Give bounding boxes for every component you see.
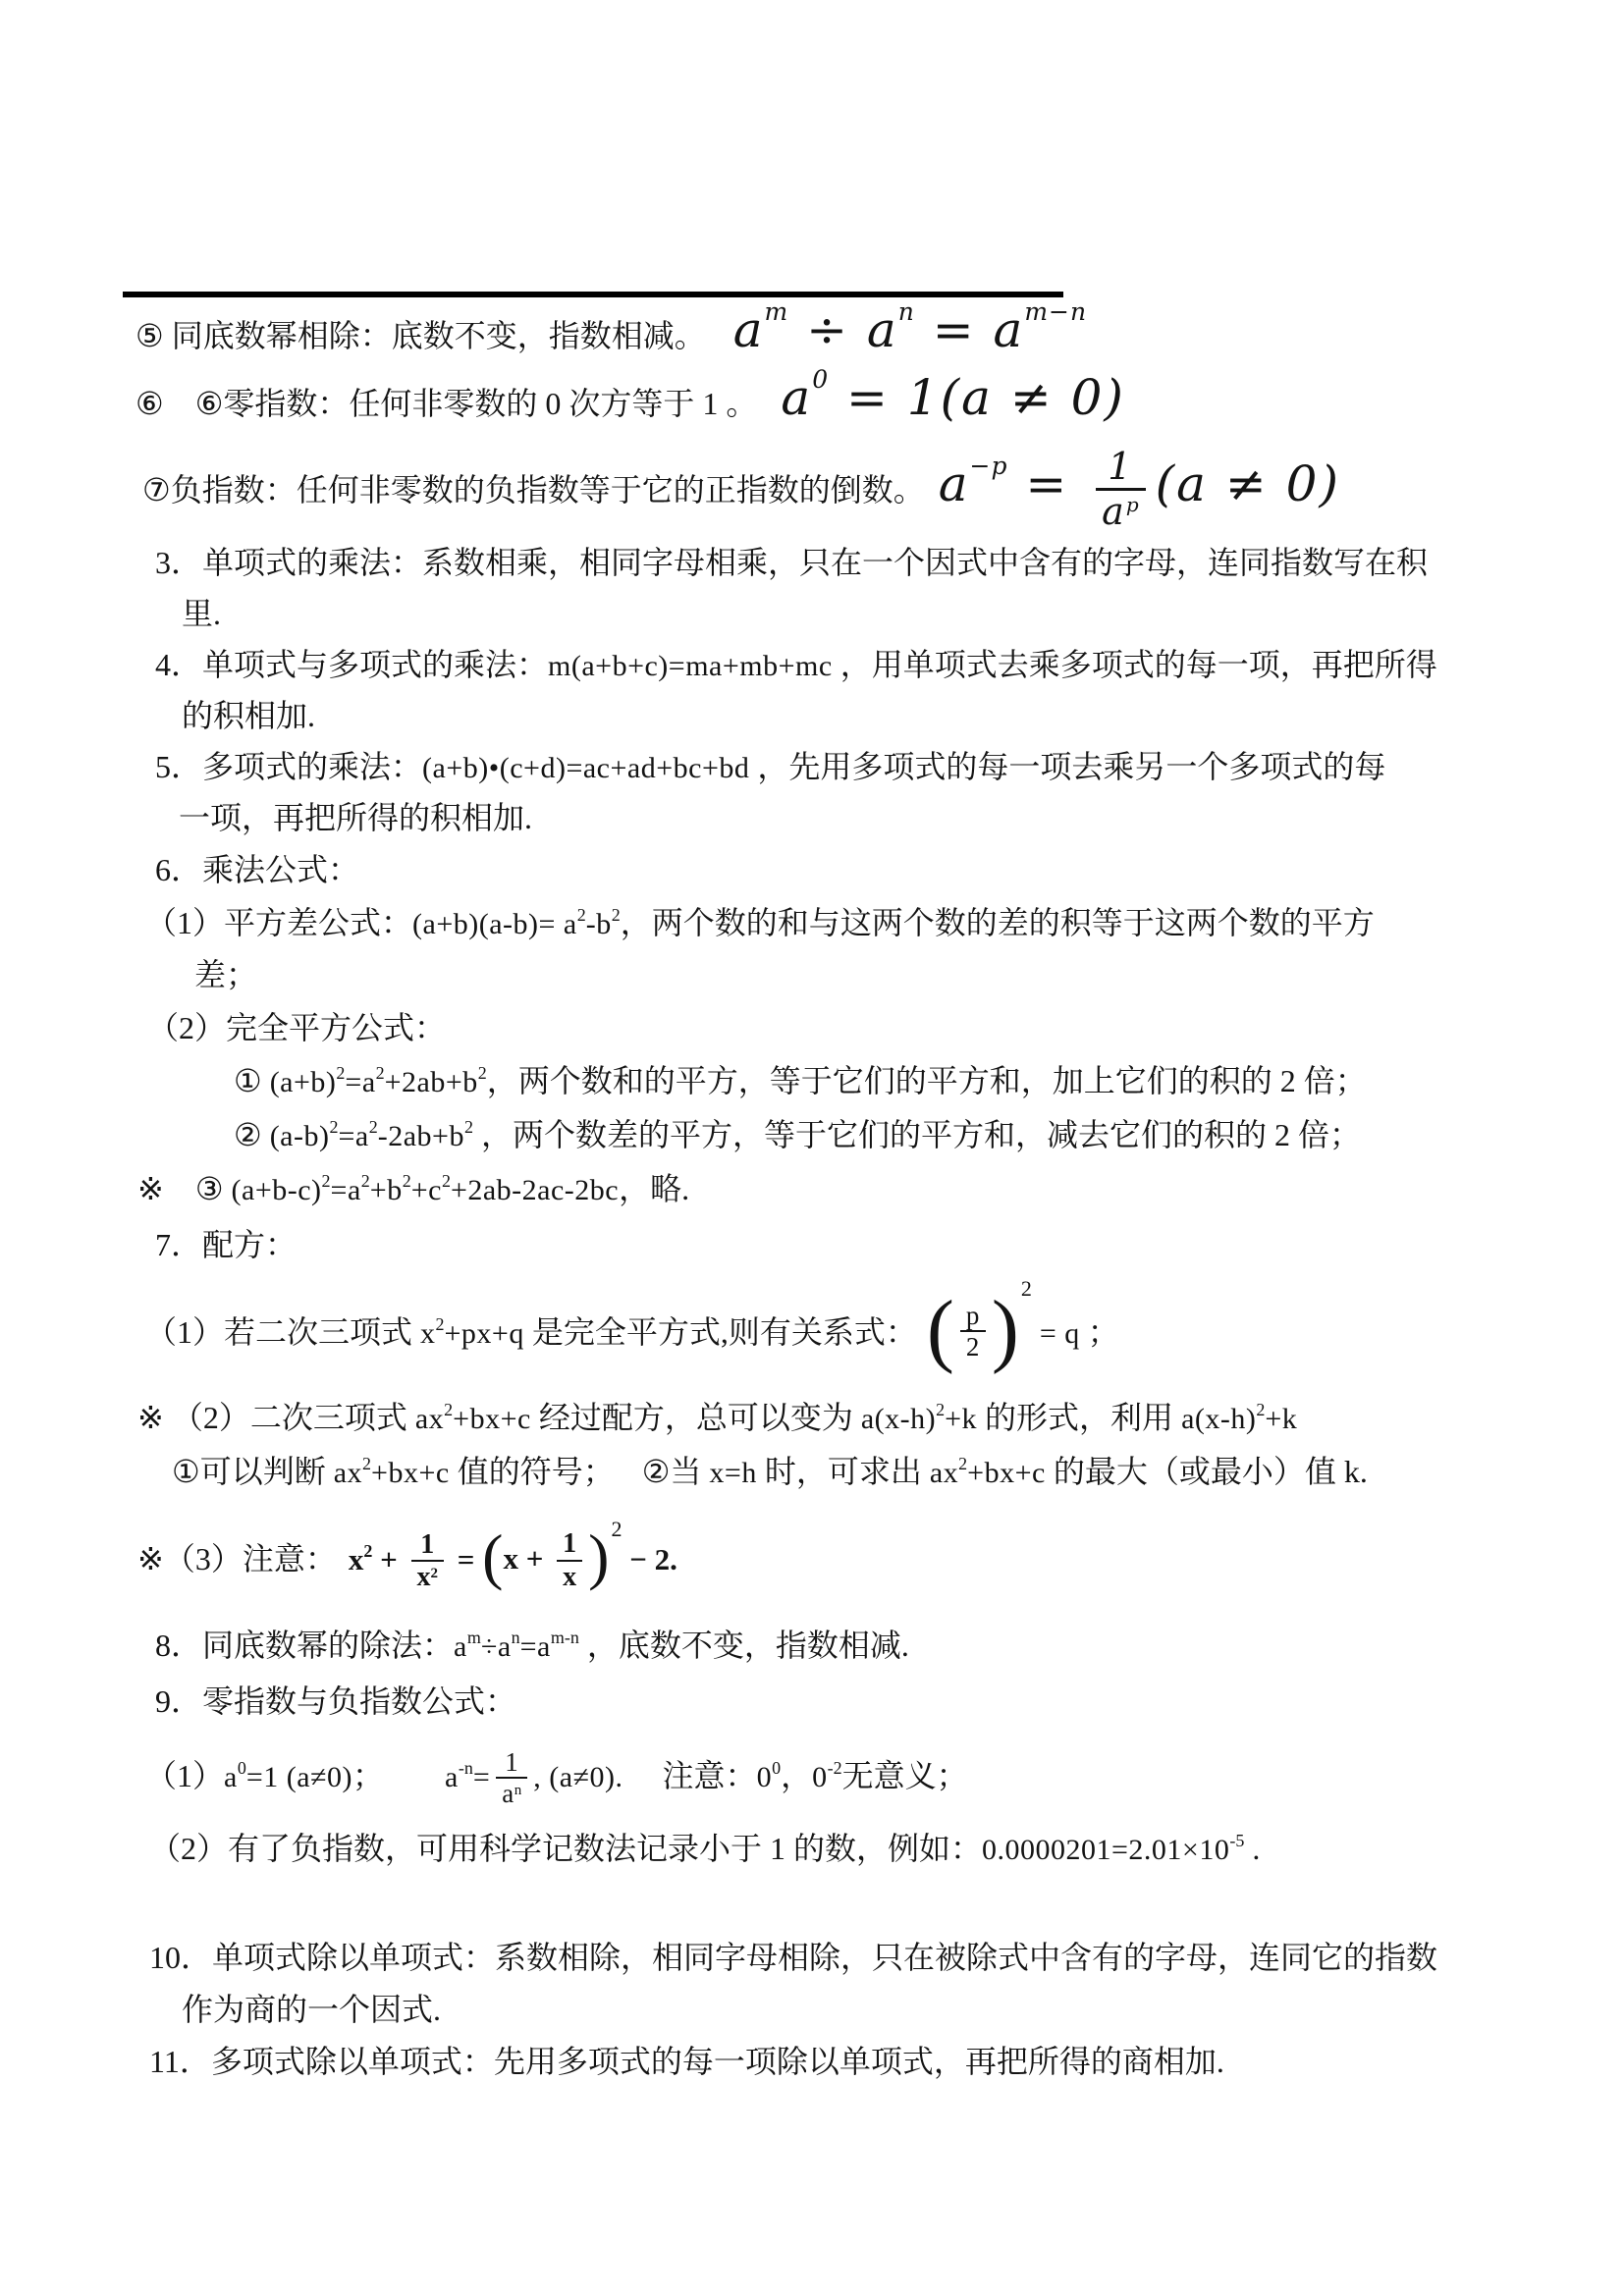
item-6-sub1-line1: （1）平方差公式：(a+b)(a-b)= a2-b2，两个数的和与这两个数的差的… [145,897,1375,948]
formula-run: =a [338,1120,368,1152]
superscript: 2 [363,1541,372,1561]
formula-run: 0 [812,1761,828,1793]
superscript: n [514,1783,522,1798]
superscript: 2 [444,1400,453,1419]
formula-run: a(x-h) [861,1403,936,1435]
text-run: ，略. [619,1171,689,1206]
text-run: 值的符号； [450,1454,615,1489]
item-6-sub1-line2: 差； [194,948,257,1002]
equation-superscript: p [1126,493,1140,516]
text-run: ，用单项式去乘多项式的每一项，再把所得 [833,647,1437,682]
open-paren: ( [482,1522,503,1591]
fraction-denominator: an [496,1779,527,1808]
superscript: 2 [464,1117,473,1137]
item-8: 8．同底数幂的除法：am÷an=am-n ，底数不变，指数相减. [155,1619,909,1673]
text-run: ， [781,1758,812,1793]
formula-bold-run: = [450,1542,482,1576]
formula-run: +k [1265,1403,1297,1435]
open-paren: ( [927,1284,954,1375]
item-10-line1: 10．单项式除以单项式：系数相除，相同字母相除，只在被除式中含有的字母，连同它的… [149,1932,1437,1984]
fraction: p2 [960,1301,986,1362]
formula-run: 1 [505,1747,518,1777]
equation-superscript: −p [970,452,1008,480]
parenthesized-group: (p2)2 [927,1276,1032,1394]
text-run: ，底数不变，指数相减. [579,1628,909,1663]
fraction: 1ap [1096,446,1145,532]
text-run: 注意： [663,1758,757,1793]
text-run: 时，可求出 [757,1454,930,1489]
formula-run: +bx+c [967,1457,1046,1489]
formula-run: a [454,1630,467,1663]
text-run: 3．单项式的乘法：系数相乘，相同字母相乘，只在一个因式中含有的字母，连同指数写在… [155,545,1428,580]
formula-bold-run: 1 [563,1528,576,1559]
superscript: 2 [436,1314,445,1334]
text-run: ②当 [642,1454,710,1489]
formula-run: ÷a [481,1630,512,1663]
item-7: 7．配方： [155,1216,297,1273]
formula-bold-run: + [372,1542,405,1576]
equation-italic-run: = [1007,455,1086,512]
fraction-numerator: 1 [1096,446,1145,491]
equation-italic-run: a [1102,490,1126,533]
text-run: 10．单项式除以单项式：系数相除，相同字母相除，只在被除式中含有的字母，连同它的… [149,1940,1437,1975]
text-run: ⑥ ⑥零指数：任何非零数的 0 次方等于 1 。 [135,386,757,421]
formula-bold-run: x + [503,1541,551,1575]
item-9-sub2: （2）有了负指数，可用科学记数法记录小于 1 的数，例如：0.0000201=2… [149,1822,1260,1876]
text-run: ，两个数差的平方，等于它们的平方和，减去它们的积的 2 倍； [473,1117,1361,1152]
equation-italic-run: 1 [1108,445,1133,488]
formula-run: (a+b)•(c+d)=ac+ad+bc+bd [422,752,749,784]
equation-italic-run: ≠ 0) [993,369,1125,426]
formula-run: ax [334,1457,362,1489]
text-run: ※ （2）二次三项式 [137,1400,415,1435]
formula-run: -b [586,908,612,940]
formula-run: x [420,1317,436,1350]
formula-run: = [473,1761,490,1793]
item-10-line2: 作为商的一个因式. [182,1984,441,2035]
superscript: 2 [361,1171,370,1191]
item-4-line2: 的积相加. [182,690,315,741]
fraction-denominator: x2 [411,1562,445,1592]
item-7-sub2-cont: ①可以判断 ax2+bx+c 值的符号；②当 x=h 时，可求出 ax2+bx+… [172,1445,1368,1499]
fraction-denominator: ap [1096,491,1145,533]
document-page: ⑤ 同底数幂相除：底数不变，指数相减。am ÷ an = am−n⑥ ⑥零指数：… [0,0,1624,2296]
text-run: ① [234,1063,270,1098]
formula-run: +c [411,1174,442,1206]
superscript: m [467,1628,481,1647]
text-run: ； [352,1758,384,1793]
formula-run: a [502,1779,514,1808]
equation-italic-run: ÷ [788,301,867,358]
item-circle6: ⑥ ⑥零指数：任何非零数的 0 次方等于 1 。a0 = 1(a ≠ 0) [135,362,1125,433]
formula-run: +2ab+b [385,1066,478,1098]
formula-bold-run: x [563,1562,576,1592]
formula-run: -2ab+b [378,1120,464,1152]
formula-run: +bx+c [453,1403,531,1435]
formula-run: 0.0000201=2.01×10 [982,1834,1229,1866]
superscript: -5 [1229,1831,1244,1850]
text-run: ，两个数的和与这两个数的差的积等于这两个数的平方 [621,905,1375,940]
superscript: -n [459,1758,473,1778]
formula-run: (a+b) [270,1066,337,1098]
text-run: 的最大（或最小）值 k. [1046,1454,1368,1489]
text-run: 5．多项式的乘法： [155,749,422,784]
text-run: （1）若二次三项式 [145,1314,420,1350]
text-run: ①可以判断 [172,1454,334,1489]
equation-italic-run: = [915,301,994,358]
item-circle7: ⑦负指数：任何非零数的负指数等于它的正指数的倒数。a−p = 1ap(a ≠ 0… [142,433,1340,535]
formula-bold-run: 1 [420,1529,434,1560]
fraction: 1x2 [411,1529,445,1593]
superscript: 2 [376,1063,385,1083]
fraction-numerator: p [960,1301,986,1332]
formula-run: (a+b-c) [232,1174,322,1206]
formula-run: a [224,1761,238,1793]
formula-bold-run: − 2. [622,1542,677,1576]
text-run: ⑦负指数：任何非零数的负指数等于它的正指数的倒数。 [142,472,925,507]
formula-run: ax [930,1457,958,1489]
text-run: 8．同底数幂的除法： [155,1628,454,1663]
paren-content: p2 [954,1276,992,1394]
text-run: ⑤ 同底数幂相除：底数不变，指数相减。 [135,318,706,353]
group-superscript: 2 [611,1517,622,1541]
item-6-sub2: （2）完全平方公式： [147,1002,446,1054]
text-run: 经过配方，总可以变为 [531,1400,861,1435]
item-4-line1: 4．单项式与多项式的乘法：m(a+b+c)=ma+mb+mc ，用单项式去乘多项… [155,639,1437,690]
fraction-numerator: 1 [411,1529,445,1562]
item-3-line2: 里. [182,588,221,639]
formula-bold-run: x [417,1562,431,1592]
text-run: ，先用多项式的每一项去乘另一个多项式的每 [749,749,1385,784]
equation-superscript: 0 [812,365,829,394]
superscript: -2 [828,1758,842,1778]
close-paren: ) [588,1522,609,1591]
formula-run: , (a≠0). [533,1761,623,1793]
text-run: 作为商的一个因式. [182,1992,441,2027]
paren-content: x + 1x [503,1499,588,1625]
formula-run: (a-b) [270,1120,330,1152]
superscript: n [512,1628,520,1647]
formula-run: x=h [709,1457,756,1489]
superscript: 2 [577,905,586,925]
equation-italic-run: a [939,455,970,512]
equation-italic-run: a [1176,455,1208,512]
formula-run: =a [345,1066,375,1098]
fraction: 1an [496,1747,527,1808]
text-run: 一项，再把所得的积相加. [179,800,532,835]
text-run: 里. [182,596,221,631]
equation-superscript: n [898,297,915,326]
formula-run: m(a+b+c)=ma+mb+mc [548,650,833,682]
fraction-numerator: 1 [557,1528,582,1561]
text-run: 4．单项式与多项式的乘法： [155,647,548,682]
text-run: （1）平方差公式： [145,905,412,940]
superscript: 2 [478,1063,487,1083]
text-run: 6．乘法公式： [155,852,359,887]
superscript: 2 [369,1117,378,1137]
item-7-sub3: ※（3）注意：x2 + 1x2 = (x + 1x)2 − 2. [137,1499,677,1619]
equation-italic-run: = 1( [829,369,961,426]
item-7-sub2: ※ （2）二次三项式 ax2+bx+c 经过配方，总可以变为 a(x-h)2+k… [137,1391,1297,1445]
formula-run: p [966,1301,980,1330]
text-run: （1） [145,1758,224,1793]
item-9: 9．零指数与负指数公式： [155,1673,516,1730]
superscript: 2 [322,1171,331,1191]
formula-run: =a [331,1174,361,1206]
text-run: （2）有了负指数，可用科学记数法记录小于 1 的数，例如： [149,1831,982,1866]
equation-italic-run: a [994,301,1025,358]
item-6-sub2-b: ② (a-b)2=a2-2ab+b2 ，两个数差的平方，等于它们的平方和，减去它… [234,1108,1361,1162]
equation-superscript: m [765,297,789,326]
superscript: 2 [442,1171,451,1191]
item-6-sub2-a: ① (a+b)2=a2+2ab+b2，两个数和的平方，等于它们的平方和，加上它们… [234,1054,1367,1108]
text-run: 9．零指数与负指数公式： [155,1683,516,1719]
text-run: 7．配方： [155,1227,297,1262]
superscript: 0 [772,1758,781,1778]
superscript: m-n [551,1628,579,1647]
formula-run: =1 (a≠0) [246,1761,352,1793]
equation-italic-run: a [961,369,993,426]
item-6-sub2-c: ※ ③ (a+b-c)2=a2+b2+c2+2ab-2ac-2bc，略. [137,1162,689,1216]
text-run: ； [1080,1314,1119,1350]
text-run: 的积相加. [182,698,315,733]
superscript: 2 [1256,1400,1265,1419]
item-9-sub1: （1）a0=1 (a≠0)；a-n=1an, (a≠0).注意：00，0-2无意… [145,1730,968,1822]
item-11: 11．多项式除以单项式：先用多项式的每一项除以单项式，再把所得的商相加. [149,2035,1224,2089]
text-run: 11．多项式除以单项式：先用多项式的每一项除以单项式，再把所得的商相加. [149,2044,1224,2079]
text-run: ※（3）注意： [137,1541,337,1576]
equation-italic-run: ≠ 0) [1208,455,1340,512]
text-run: ② [234,1117,270,1152]
equation-italic-run: ( [1156,455,1177,512]
formula-run: =a [520,1630,551,1663]
fraction: 1x [557,1528,582,1592]
superscript: 2 [431,1566,439,1581]
superscript: 2 [403,1171,411,1191]
text-run: . [1244,1831,1260,1866]
formula-run: +k [945,1403,977,1435]
formula-run: 2 [966,1332,980,1362]
item-7-sub1: （1）若二次三项式 x2+px+q 是完全平方式,则有关系式：(p2)2 = q… [145,1273,1119,1391]
item-5-line2: 一项，再把所得的积相加. [179,792,532,843]
item-3-line1: 3．单项式的乘法：系数相乘，相同字母相乘，只在一个因式中含有的字母，连同指数写在… [155,537,1428,588]
equation-superscript: m−n [1024,297,1087,326]
formula-run: a(x-h) [1181,1403,1256,1435]
formula-run: 0 [757,1761,773,1793]
item-6: 6．乘法公式： [155,843,359,897]
formula-run: +bx+c [371,1457,450,1489]
formula-run: +px+q [445,1317,524,1350]
item-circle5: ⑤ 同底数幂相除：底数不变，指数相减。am ÷ an = am−n [135,297,1087,362]
text-run: 是完全平方式,则有关系式： [524,1314,917,1350]
formula-run: ax [415,1403,444,1435]
formula-run: = q [1032,1317,1080,1350]
formula-run: +b [370,1174,403,1206]
fraction-numerator: 1 [496,1747,527,1779]
text-run: 差； [194,957,257,992]
text-run: ，两个数和的平方，等于它们的平方和，加上它们的积的 2 倍； [487,1063,1367,1098]
parenthesized-group: (x + 1x)2 [482,1499,622,1625]
equation-italic-run: a [867,301,898,358]
text-run: 的形式，利用 [977,1400,1181,1435]
superscript: 2 [612,905,621,925]
superscript: 2 [362,1454,371,1473]
fraction-denominator: x [557,1562,582,1592]
item-5-line1: 5．多项式的乘法：(a+b)•(c+d)=ac+ad+bc+bd ，先用多项式的… [155,741,1385,792]
formula-bold-run: x [349,1542,364,1576]
superscript: 2 [958,1454,967,1473]
equation-italic-run: a [733,301,765,358]
close-paren: ) [992,1284,1019,1375]
formula-run: a [445,1761,459,1793]
text-run: 无意义； [842,1758,968,1793]
text-run: ※ ③ [137,1171,232,1206]
text-run: （2）完全平方公式： [147,1010,446,1045]
group-superscript: 2 [1021,1276,1032,1301]
superscript: 0 [238,1758,246,1778]
superscript: 2 [936,1400,945,1419]
formula-run: +2ab-2ac-2bc [451,1174,619,1206]
formula-run: (a+b)(a-b)= a [412,908,577,940]
equation-italic-run: a [781,369,812,426]
fraction-denominator: 2 [960,1332,986,1362]
